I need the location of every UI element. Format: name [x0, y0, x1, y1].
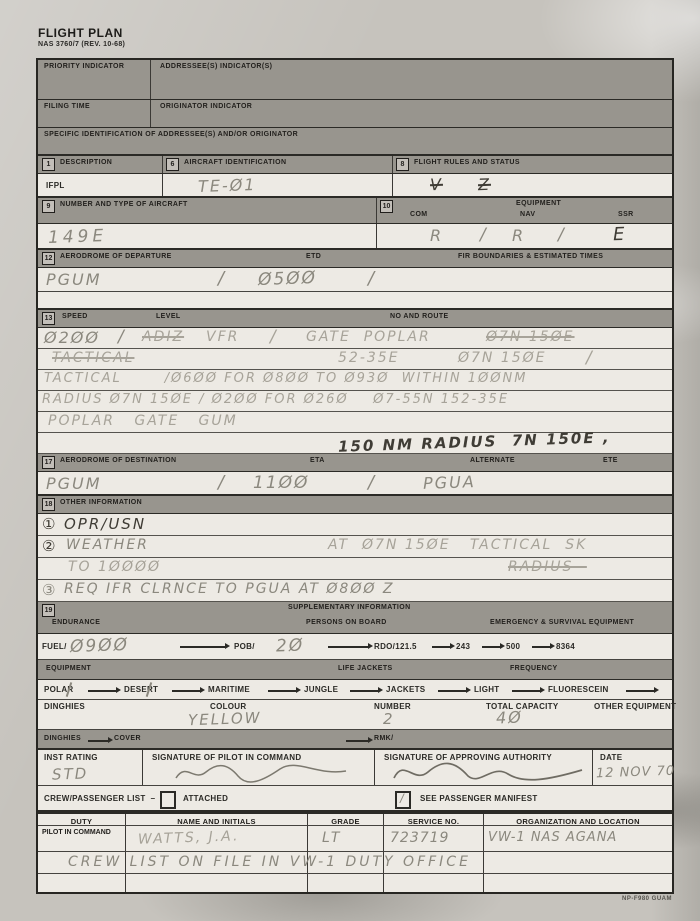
description-band: 1 DESCRIPTION 6 AIRCRAFT IDENTIFICATION … [38, 156, 672, 174]
destination-values-row: PGUM / 11ØØ / PGUA [38, 472, 672, 496]
arrow-icon [172, 690, 200, 692]
arrow-icon [328, 646, 368, 648]
item-number-handwritten: ③ [42, 581, 57, 599]
arrow-icon [88, 740, 108, 742]
other-info-handwritten: OPR/USN [64, 515, 146, 533]
duty-cell [38, 874, 126, 892]
flight-plan-form: PRIORITY INDICATOR ADDRESSEE(S) INDICATO… [36, 58, 674, 894]
grade-handwritten: LT [322, 830, 341, 846]
etd-value-handwritten: Ø5ØØ [258, 268, 318, 290]
crew-table-row-note: CREW LIST ON FILE IN VW-1 DUTY OFFICE [38, 852, 672, 874]
alternate-label: ALTERNATE [470, 457, 515, 464]
destination-aerodrome-handwritten: PGUM [46, 474, 102, 493]
fuel-label: FUEL/ [42, 642, 67, 651]
number-type-label: NUMBER AND TYPE OF AIRCRAFT [60, 201, 188, 208]
capacity-value-handwritten: 4Ø [496, 708, 523, 728]
other-info-struck-handwritten: RADIUS - [508, 559, 587, 575]
organization-cell [484, 874, 672, 892]
speed-label: SPEED [62, 313, 88, 320]
see-passenger-manifest-label: SEE PASSENGER MANIFEST [420, 794, 538, 803]
service-no-cell [384, 874, 484, 892]
rdo-label: RDO/121.5 [374, 642, 417, 651]
organization-handwritten: VW-1 NAS AGANA [488, 830, 617, 845]
flight-rules-label: FLIGHT RULES AND STATUS [414, 159, 520, 166]
ete-label: ETE [603, 457, 618, 464]
name-cell [126, 874, 308, 892]
light-label: LIGHT [474, 685, 500, 694]
route-band: 13 SPEED LEVEL NO AND ROUTE [38, 310, 672, 328]
flight-rules-struck-handwritten: V [430, 175, 444, 194]
crew-table-row-empty [38, 874, 672, 892]
arrow-icon [512, 690, 540, 692]
equipment-band: EQUIPMENT LIFE JACKETS FREQUENCY [38, 660, 672, 680]
pilot-in-command-label: PILOT IN COMMAND [42, 829, 111, 837]
fluorescein-label: FLUORESCEIN [548, 685, 609, 694]
route-line-2: TACTICAL 52-35E Ø7N 15ØE / [38, 349, 672, 370]
service-no-cell: 723719 [384, 826, 484, 851]
route-line-6: 150 NM RADIUS 7N 150E , [38, 433, 672, 454]
route-struck-handwritten: Ø7N 15ØE [486, 329, 575, 345]
separator-handwritten: / [270, 327, 278, 347]
other-info-line-1: ① OPR/USN [38, 514, 672, 536]
departure-aerodrome-handwritten: PGUM [46, 270, 102, 289]
other-information-lines: ① OPR/USN ② WEATHER AT Ø7N 15ØE TACTICAL… [38, 514, 672, 602]
field-number-box: 10 [380, 200, 393, 213]
alternate-value-handwritten: PGUA [423, 472, 476, 493]
crew-passenger-list-row: CREW/PASSENGER LIST – ATTACHED / SEE PAS… [38, 786, 672, 812]
survival-equipment-chain-row: POLAR DESERT MARITIME JUNGLE JACKETS LIG… [38, 680, 672, 700]
field-number-box: 17 [42, 456, 55, 469]
description-label: DESCRIPTION [60, 159, 112, 166]
route-radius-handwritten: 150 NM RADIUS 7N 150E , [338, 428, 611, 456]
dinghies-label: DINGHIES [44, 702, 85, 711]
priority-indicator-label: PRIORITY INDICATOR [44, 63, 124, 70]
item-number-handwritten: ① [42, 515, 57, 533]
separator-handwritten: / [586, 348, 594, 368]
route-value-handwritten: Ø7N 15ØE [458, 350, 547, 366]
dinghies-row: DINGHIES COLOUR NUMBER TOTAL CAPACITY OT… [38, 700, 672, 730]
route-struck-handwritten: TACTICAL [52, 350, 134, 366]
other-info-line-4: ③ REQ IFR CLRNCE TO PGUA AT Ø8ØØ Z [38, 580, 672, 602]
endurance-values-row: FUEL/ Ø9ØØ POB/ 2Ø RDO/121.5 243 500 836… [38, 634, 672, 660]
maritime-label: MARITIME [208, 685, 250, 694]
service-no-header: SERVICE NO. [384, 814, 484, 825]
duty-header: DUTY [38, 814, 126, 825]
separator-handwritten: / [558, 225, 566, 245]
ssr-label: SSR [618, 211, 634, 218]
endurance-label: ENDURANCE [52, 619, 100, 626]
com-label: COM [410, 211, 428, 218]
other-info-handwritten: REQ IFR CLRNCE TO PGUA AT Ø8ØØ Z [64, 581, 394, 597]
separator-handwritten: / [368, 472, 376, 493]
route-value-handwritten: POPLAR GATE GUM [48, 413, 238, 429]
field-number-box: 13 [42, 312, 55, 325]
speed-value-handwritten: Ø2ØØ [44, 328, 100, 347]
freq-500-label: 500 [506, 642, 520, 651]
separator-handwritten: / [368, 268, 376, 289]
route-line-3: TACTICAL /Ø6ØØ FOR Ø8ØØ TO Ø93Ø WITHIN 1… [38, 370, 672, 391]
name-header: NAME AND INITIALS [126, 814, 308, 825]
scanned-flight-plan-form: FLIGHT PLAN NAS 3760/7 (REV. 10-68) PRIO… [0, 0, 700, 921]
crew-table-row-pilot: PILOT IN COMMAND WATTS, J.A. LT 723719 V… [38, 826, 672, 852]
destination-label: AERODROME OF DESTINATION [60, 457, 176, 464]
filing-originator-row: FILING TIME ORIGINATOR INDICATOR [38, 100, 672, 128]
field-number-box: 12 [42, 252, 55, 265]
jackets-label: JACKETS [386, 685, 425, 694]
number-type-values-row: 149E R / R / E [38, 224, 672, 250]
route-lines: Ø2ØØ / ADIZ VFR / GATE POPLAR Ø7N 15ØE T… [38, 328, 672, 454]
aircraft-id-value-handwritten: TE-Ø1 [198, 175, 257, 196]
approving-signature [388, 758, 588, 786]
organization-header: ORGANIZATION AND LOCATION [484, 814, 672, 825]
aircraft-identification-label: AIRCRAFT IDENTIFICATION [184, 159, 286, 166]
field-number-box: 1 [42, 158, 55, 171]
freq-8364-label: 8364 [556, 642, 575, 651]
other-info-faint-handwritten: AT Ø7N 15ØE TACTICAL SK [328, 537, 587, 553]
arrow-icon [532, 646, 550, 648]
cover-label: COVER [114, 735, 141, 742]
rmk-label: RMK/ [374, 735, 394, 742]
route-value-handwritten: TACTICAL /Ø6ØØ FOR Ø8ØØ TO Ø93Ø WITHIN 1… [44, 371, 527, 386]
form-title: FLIGHT PLAN [38, 26, 123, 40]
duty-cell: PILOT IN COMMAND [38, 826, 126, 851]
crew-table-header: DUTY NAME AND INITIALS GRADE SERVICE NO.… [38, 812, 672, 826]
field-number-box: 6 [166, 158, 179, 171]
fuel-value-handwritten: Ø9ØØ [70, 635, 130, 657]
route-line-1: Ø2ØØ / ADIZ VFR / GATE POPLAR Ø7N 15ØE [38, 328, 672, 349]
grade-cell: LT [308, 826, 384, 851]
crew-note-handwritten: CREW LIST ON FILE IN VW-1 DUTY OFFICE [68, 854, 471, 870]
separator-handwritten: / [480, 225, 488, 245]
arrow-icon [350, 690, 378, 692]
dinghies-cover-label: DINGHIES [44, 735, 81, 742]
life-jackets-label: LIFE JACKETS [338, 665, 393, 672]
form-number: NAS 3760/7 (REV. 10-68) [38, 41, 125, 48]
divider [150, 60, 151, 99]
divider [162, 156, 163, 173]
pob-label: POB/ [234, 642, 255, 651]
field-number-box: 8 [396, 158, 409, 171]
supplementary-band: 19 SUPPLEMENTARY INFORMATION ENDURANCE P… [38, 602, 672, 634]
nav-label: NAV [520, 211, 535, 218]
pencil-check-mark: / [400, 791, 404, 806]
persons-on-board-label: PERSONS ON BOARD [306, 619, 387, 626]
other-info-handwritten: WEATHER [66, 537, 149, 553]
inst-rating-value-handwritten: STD [52, 764, 89, 783]
divider [592, 750, 593, 785]
grade-cell [308, 874, 384, 892]
arrow-icon [438, 690, 466, 692]
field-number-box: 19 [42, 604, 55, 617]
route-line-4: RADIUS Ø7N 15ØE / Ø2ØØ FOR Ø26Ø Ø7-55N 1… [38, 391, 672, 412]
organization-cell: VW-1 NAS AGANA [484, 826, 672, 851]
divider [376, 198, 377, 223]
route-value-handwritten: GATE POPLAR [306, 329, 431, 345]
description-value: IFPL [46, 181, 65, 190]
level-value-handwritten: VFR [206, 329, 239, 345]
divider [392, 156, 393, 173]
emergency-equipment-label: EMERGENCY & SURVIVAL EQUIPMENT [490, 619, 634, 626]
level-label: LEVEL [156, 313, 181, 320]
arrow-icon [432, 646, 450, 648]
departure-label: AERODROME OF DEPARTURE [60, 253, 172, 260]
name-cell: WATTS, J.A. [126, 826, 308, 851]
see-passenger-manifest-checkbox: / [395, 791, 411, 809]
eta-value-handwritten: 11ØØ [253, 473, 309, 493]
other-info-faint-handwritten: TO 1ØØØØ [68, 559, 161, 575]
other-information-label: OTHER INFORMATION [60, 499, 142, 506]
number-type-value-handwritten: 149E [48, 226, 108, 248]
attached-label: ATTACHED [183, 794, 228, 803]
item-number-handwritten: ② [42, 537, 57, 555]
number-value-handwritten: 2 [383, 710, 395, 728]
field-number-box: 18 [42, 498, 55, 511]
freq-243-label: 243 [456, 642, 470, 651]
departure-band: 12 AERODROME OF DEPARTURE ETD FIR BOUNDA… [38, 250, 672, 268]
originator-indicator-label: ORIGINATOR INDICATOR [160, 103, 252, 110]
fir-boundaries-label: FIR BOUNDARIES & ESTIMATED TIMES [458, 253, 603, 260]
service-no-handwritten: 723719 [390, 830, 449, 846]
other-info-line-2: ② WEATHER AT Ø7N 15ØE TACTICAL SK [38, 536, 672, 558]
date-label: DATE [600, 753, 622, 762]
attached-checkbox [160, 791, 176, 809]
departure-blank-row [38, 292, 672, 310]
description-values-row: IFPL TE-Ø1 V Z [38, 174, 672, 198]
route-struck-handwritten: ADIZ [142, 329, 184, 345]
com-value-handwritten: R [430, 226, 443, 245]
divider [162, 174, 163, 196]
supplementary-title: SUPPLEMENTARY INFORMATION [288, 604, 411, 611]
addressees-indicator-label: ADDRESSEE(S) INDICATOR(S) [160, 63, 272, 70]
organization-cell [484, 852, 672, 873]
separator-handwritten: / [118, 327, 126, 347]
field-number-box: 9 [42, 200, 55, 213]
pilot-signature [168, 760, 358, 784]
divider [142, 750, 143, 785]
other-equipment-label: OTHER EQUIPMENT [594, 702, 676, 711]
departure-values-row: PGUM / Ø5ØØ / [38, 268, 672, 292]
arrow-icon [626, 690, 654, 692]
eta-label: ETA [310, 457, 325, 464]
crew-passenger-list-label: CREW/PASSENGER LIST – [44, 794, 155, 803]
dinghies-cover-band: DINGHIES COVER RMK/ [38, 730, 672, 750]
destination-band: 17 AERODROME OF DESTINATION ETA ALTERNAT… [38, 454, 672, 472]
arrow-icon [88, 690, 116, 692]
separator-handwritten: / [218, 472, 226, 493]
jungle-label: JUNGLE [304, 685, 338, 694]
arrow-icon [180, 646, 225, 648]
other-information-band: 18 OTHER INFORMATION [38, 496, 672, 514]
pilot-name-handwritten: WATTS, J.A. [138, 828, 240, 848]
equipment-section-label: EQUIPMENT [46, 665, 91, 672]
equipment-label: EQUIPMENT [516, 200, 561, 207]
specific-identification-label: SPECIFIC IDENTIFICATION OF ADDRESSEE(S) … [44, 131, 298, 138]
form-imprint: NP-F980 GUAM [622, 896, 672, 902]
route-value-handwritten: 52-35E [338, 350, 400, 366]
route-value-handwritten: RADIUS Ø7N 15ØE / Ø2ØØ FOR Ø26Ø Ø7-55N 1… [42, 392, 509, 407]
specific-identification-row: SPECIFIC IDENTIFICATION OF ADDRESSEE(S) … [38, 128, 672, 156]
signature-row: INST RATING STD SIGNATURE OF PILOT IN CO… [38, 750, 672, 786]
grade-header: GRADE [308, 814, 384, 825]
arrow-icon [346, 740, 368, 742]
flight-rules-value-handwritten: Z [478, 175, 492, 194]
arrow-icon [268, 690, 296, 692]
priority-addressee-row: PRIORITY INDICATOR ADDRESSEE(S) INDICATO… [38, 60, 672, 100]
desert-label: DESERT [124, 685, 158, 694]
colour-value-handwritten: YELLOW [188, 709, 262, 730]
number-type-band: 9 NUMBER AND TYPE OF AIRCRAFT 10 COM EQU… [38, 198, 672, 224]
divider [374, 750, 375, 785]
etd-label: ETD [306, 253, 321, 260]
route-label: NO AND ROUTE [390, 313, 449, 320]
arrow-icon [482, 646, 500, 648]
filing-time-label: FILING TIME [44, 103, 90, 110]
other-info-line-3: TO 1ØØØØ RADIUS - [38, 558, 672, 580]
inst-rating-label: INST RATING [44, 753, 98, 762]
divider [150, 100, 151, 127]
frequency-label: FREQUENCY [510, 665, 558, 672]
divider [392, 174, 393, 196]
nav-value-handwritten: R [512, 226, 525, 245]
date-value-handwritten: 12 NOV 70 [596, 764, 676, 782]
pob-value-handwritten: 2Ø [276, 636, 305, 657]
separator-handwritten: / [218, 268, 226, 289]
divider [376, 224, 377, 248]
ssr-value-handwritten: E [613, 224, 627, 245]
